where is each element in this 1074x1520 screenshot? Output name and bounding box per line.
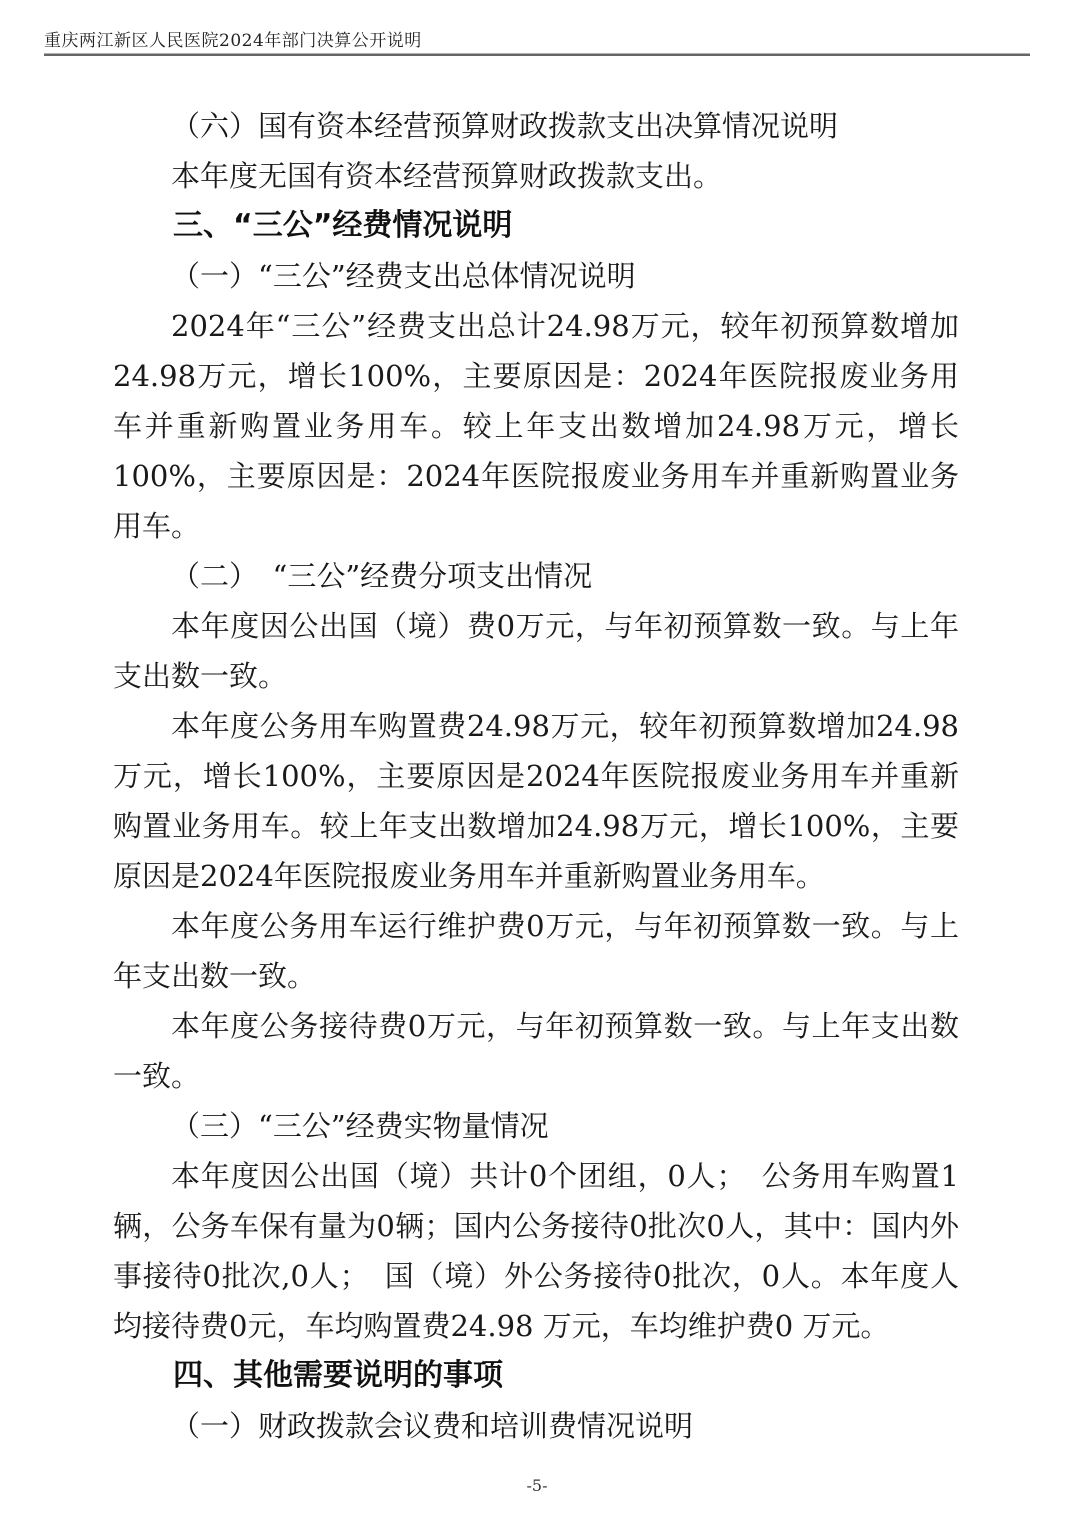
document-body: （六）国有资本经营预算财政拨款支出决算情况说明 本年度无国有资本经营预算财政拨款… <box>113 101 959 1451</box>
section-heading-overall-expenditure: （一）“三公”经费支出总体情况说明 <box>113 251 959 301</box>
page-number: -5- <box>0 1476 1074 1495</box>
chapter-heading-three-public-expenses: 三、“三公”经费情况说明 <box>113 201 959 251</box>
paragraph-physical-quantities-detail: 本年度因公出国（境）共计0个团组，0人； 公务用车购置1辆，公务车保有量为0辆；… <box>113 1151 959 1351</box>
paragraph-overseas-travel-expense: 本年度因公出国（境）费0万元，与年初预算数一致。与上年支出数一致。 <box>113 601 959 701</box>
document-page: 重庆两江新区人民医院2024年部门决算公开说明 （六）国有资本经营预算财政拨款支… <box>0 0 1074 1520</box>
section-heading-physical-quantities: （三）“三公”经费实物量情况 <box>113 1101 959 1151</box>
paragraph-vehicle-purchase-expense: 本年度公务用车购置费24.98万元，较年初预算数增加24.98万元，增长100%… <box>113 701 959 901</box>
paragraph-overall-expenditure-detail: 2024年“三公”经费支出总计24.98万元，较年初预算数增加24.98万元，增… <box>113 301 959 551</box>
paragraph-no-state-capital-expenditure: 本年度无国有资本经营预算财政拨款支出。 <box>113 151 959 201</box>
section-heading-itemized-expenditure: （二） “三公”经费分项支出情况 <box>113 551 959 601</box>
paragraph-official-reception-expense: 本年度公务接待费0万元，与年初预算数一致。与上年支出数一致。 <box>113 1001 959 1101</box>
chapter-heading-other-matters: 四、其他需要说明的事项 <box>113 1351 959 1401</box>
section-heading-6-state-capital: （六）国有资本经营预算财政拨款支出决算情况说明 <box>113 101 959 151</box>
document-header-title: 重庆两江新区人民医院2024年部门决算公开说明 <box>44 31 1030 51</box>
paragraph-vehicle-maintenance-expense: 本年度公务用车运行维护费0万元，与年初预算数一致。与上年支出数一致。 <box>113 901 959 1001</box>
section-heading-meeting-training-fees: （一）财政拨款会议费和培训费情况说明 <box>113 1401 959 1451</box>
header-rule <box>44 53 1030 56</box>
page-header: 重庆两江新区人民医院2024年部门决算公开说明 <box>44 31 1030 56</box>
